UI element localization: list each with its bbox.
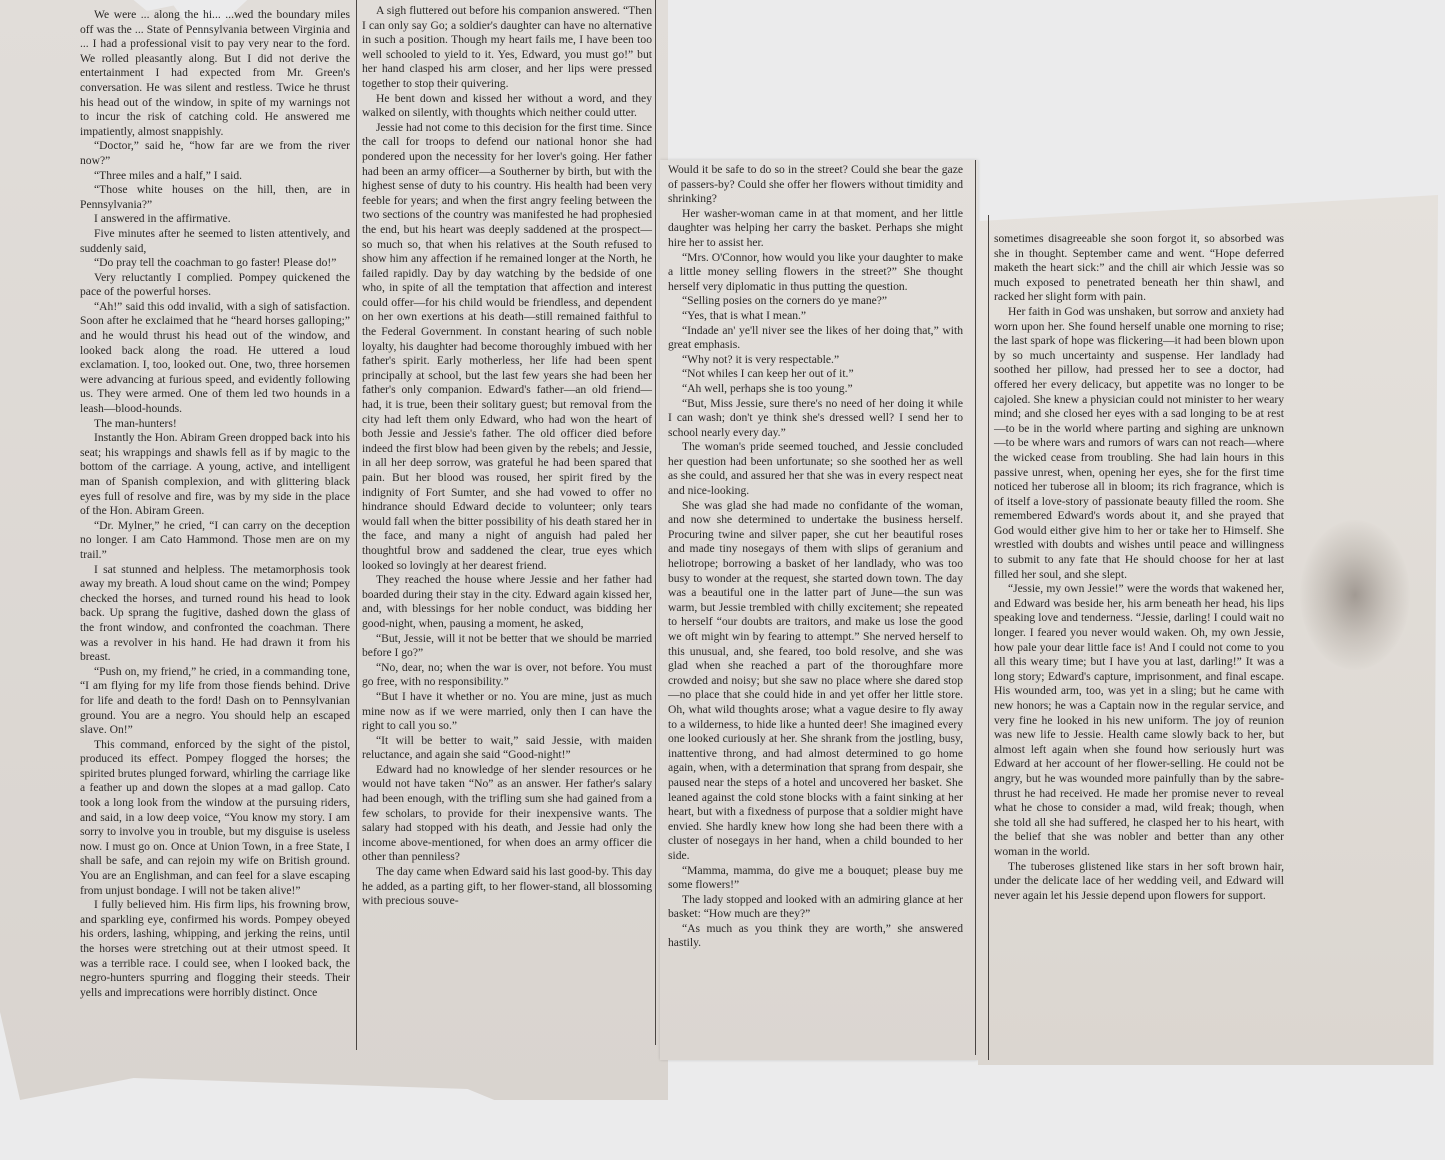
paragraph: She was glad she had made no confidante … bbox=[668, 499, 963, 864]
paragraph: Instantly the Hon. Abiram Green dropped … bbox=[80, 431, 350, 519]
paragraph: “Push on, my friend,” he cried, in a com… bbox=[80, 665, 350, 738]
paragraph: “Selling posies on the corners do ye man… bbox=[668, 294, 963, 309]
paragraph: “But, Miss Jessie, sure there's no need … bbox=[668, 397, 963, 441]
paragraph: “Not whiles I can keep her out of it.” bbox=[668, 367, 963, 382]
paragraph: “Why not? it is very respectable.” bbox=[668, 353, 963, 368]
paragraph: The woman's pride seemed touched, and Je… bbox=[668, 440, 963, 498]
paragraph: He bent down and kissed her without a wo… bbox=[362, 92, 652, 121]
article-column-4: sometimes disagreeable she soon forgot i… bbox=[994, 232, 1284, 903]
paragraph: This command, enforced by the sight of t… bbox=[80, 738, 350, 899]
column-rule bbox=[988, 215, 989, 1060]
paragraph: The tuberoses glistened like stars in he… bbox=[994, 860, 1284, 904]
paragraph: I fully believed him. His firm lips, his… bbox=[80, 898, 350, 1000]
paragraph: “Ah well, perhaps she is too young.” bbox=[668, 382, 963, 397]
paragraph: “Yes, that is what I mean.” bbox=[668, 309, 963, 324]
paragraph: I answered in the affirmative. bbox=[80, 212, 350, 227]
paragraph: sometimes disagreeable she soon forgot i… bbox=[994, 232, 1284, 305]
paragraph: The lady stopped and looked with an admi… bbox=[668, 893, 963, 922]
paragraph: “But, Jessie, will it not be better that… bbox=[362, 632, 652, 661]
paragraph: “Dr. Mylner,” he cried, “I can carry on … bbox=[80, 519, 350, 563]
paragraph: “Indade an' ye'll niver see the likes of… bbox=[668, 324, 963, 353]
paragraph: “Three miles and a half,” I said. bbox=[80, 169, 350, 184]
paragraph: “Mamma, mamma, do give me a bouquet; ple… bbox=[668, 864, 963, 893]
article-column-3: Would it be safe to do so in the street?… bbox=[668, 163, 963, 951]
paragraph: The day came when Edward said his last g… bbox=[362, 865, 652, 909]
paragraph: “No, dear, no; when the war is over, not… bbox=[362, 661, 652, 690]
paragraph: Edward had no knowledge of her slender r… bbox=[362, 763, 652, 865]
paragraph: “Ah!” said this odd invalid, with a sigh… bbox=[80, 300, 350, 417]
article-column-2: A sigh fluttered out before his companio… bbox=[362, 4, 652, 909]
paragraph: “But I have it whether or no. You are mi… bbox=[362, 690, 652, 734]
article-column-1: We were ... along the hi... ...wed the b… bbox=[80, 8, 350, 1000]
paragraph: “Those white houses on the hill, then, a… bbox=[80, 183, 350, 212]
paragraph: “It will be better to wait,” said Jessie… bbox=[362, 734, 652, 763]
paragraph: Her faith in God was unshaken, but sorro… bbox=[994, 305, 1284, 582]
paragraph: “As much as you think they are worth,” s… bbox=[668, 922, 963, 951]
column-rule bbox=[655, 0, 656, 1045]
paragraph: “Mrs. O'Connor, how would you like your … bbox=[668, 251, 963, 295]
paragraph: Her washer-woman came in at that moment,… bbox=[668, 207, 963, 251]
paragraph: We were ... along the hi... ...wed the b… bbox=[80, 8, 350, 139]
paragraph: “Jessie, my own Jessie!” were the words … bbox=[994, 582, 1284, 859]
paragraph: The man-hunters! bbox=[80, 417, 350, 432]
paragraph: “Doctor,” said he, “how far are we from … bbox=[80, 139, 350, 168]
paragraph: They reached the house where Jessie and … bbox=[362, 573, 652, 631]
paragraph: Jessie had not come to this decision for… bbox=[362, 121, 652, 573]
paragraph: Would it be safe to do so in the street?… bbox=[668, 163, 963, 207]
paragraph: “Do pray tell the coachman to go faster!… bbox=[80, 256, 350, 271]
paragraph: Five minutes after he seemed to listen a… bbox=[80, 227, 350, 256]
paragraph: A sigh fluttered out before his companio… bbox=[362, 4, 652, 92]
column-rule bbox=[356, 0, 357, 1050]
column-rule bbox=[975, 160, 976, 1055]
paragraph: Very reluctantly I complied. Pompey quic… bbox=[80, 271, 350, 300]
paragraph: I sat stunned and helpless. The metamorp… bbox=[80, 563, 350, 665]
